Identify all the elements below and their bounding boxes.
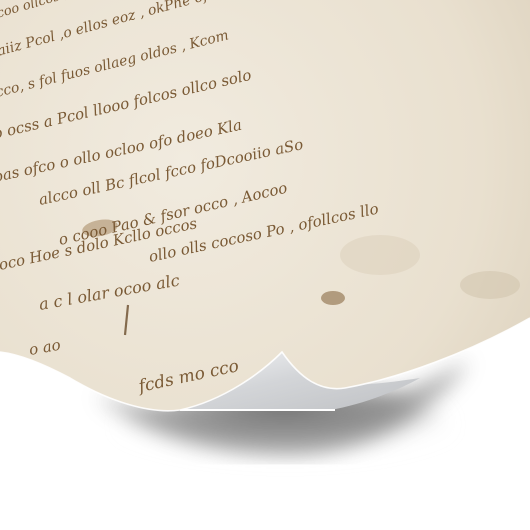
poster-photo: dcoo ollcos ,o ?o ffs o ocoi Pfo 8aiiz P… [0, 0, 530, 530]
